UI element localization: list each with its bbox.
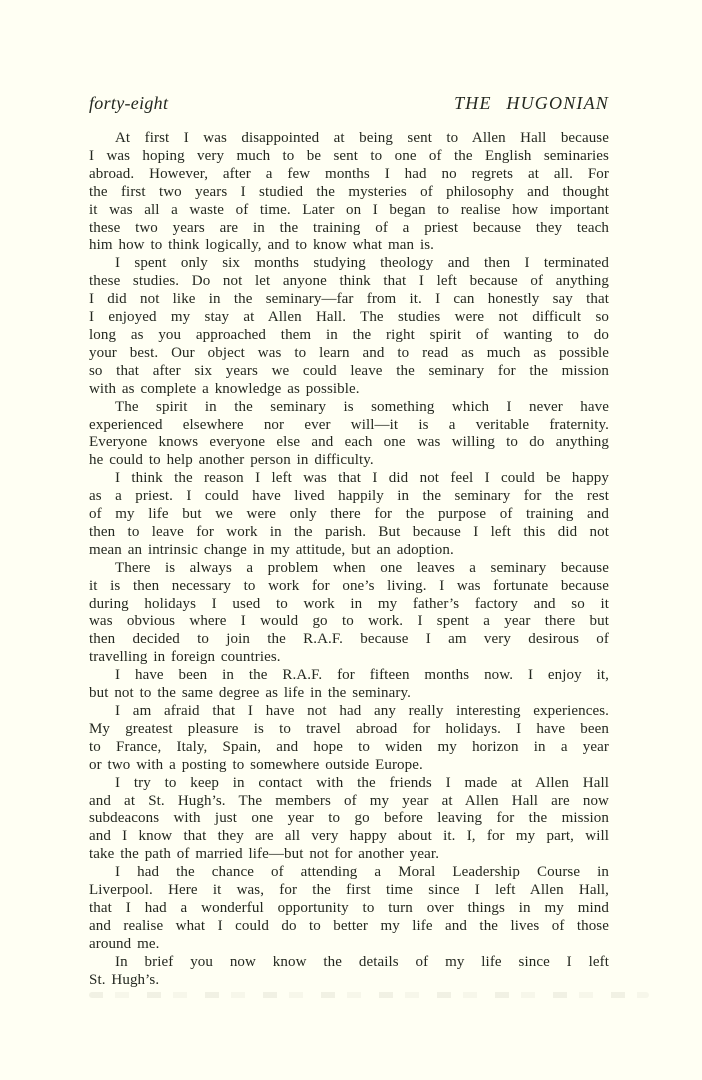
text-line: Everyone knows everyone else and each on… [89,434,609,452]
text-line: it is then necessary to work for one’s l… [89,578,609,596]
paragraph: The spirit in the seminary is something … [89,399,609,471]
text-line: Liverpool. Here it was, for the first ti… [89,882,609,900]
text-line: My greatest pleasure is to travel abroad… [89,721,609,739]
text-line: I did not like in the seminary—far from … [89,291,609,309]
text-line: the first two years I studied the myster… [89,184,609,202]
text-line: then decided to join the R.A.F. because … [89,631,609,649]
paragraph: I am afraid that I have not had any real… [89,703,609,775]
text-line: he could to help another person in diffi… [89,452,609,470]
text-line: around me. [89,936,609,954]
text-line: travelling in foreign countries. [89,649,609,667]
print-ghost-marks [89,992,649,998]
paragraph: At first I was disappointed at being sen… [89,130,609,255]
text-line: St. Hugh’s. [89,972,609,990]
text-line: these two years are in the training of a… [89,220,609,238]
text-line: I had the chance of attending a Moral Le… [89,864,609,882]
text-line: or two with a posting to somewhere outsi… [89,757,609,775]
scanned-book-page: forty-eight THE HUGONIAN At first I was … [0,0,702,1080]
text-line: mean an intrinsic change in my attitude,… [89,542,609,560]
text-block: forty-eight THE HUGONIAN At first I was … [89,0,609,990]
running-head: forty-eight THE HUGONIAN [89,0,609,113]
text-line: I was hoping very much to be sent to one… [89,148,609,166]
text-line: long as you approached them in the right… [89,327,609,345]
text-line: was obvious where I would go to work. I … [89,613,609,631]
text-line: experienced elsewhere nor ever will—it i… [89,417,609,435]
text-line: I have been in the R.A.F. for fifteen mo… [89,667,609,685]
text-line: I try to keep in contact with the friend… [89,775,609,793]
text-line: these studies. Do not let anyone think t… [89,273,609,291]
paragraph: I think the reason I left was that I did… [89,470,609,560]
text-line: I enjoyed my stay at Allen Hall. The stu… [89,309,609,327]
text-line: as a priest. I could have lived happily … [89,488,609,506]
text-line: abroad. However, after a few months I ha… [89,166,609,184]
text-line: during holidays I used to work in my fat… [89,596,609,614]
paragraph: I had the chance of attending a Moral Le… [89,864,609,954]
text-line: subdeacons with just one year to go befo… [89,810,609,828]
text-line: I am afraid that I have not had any real… [89,703,609,721]
text-line: At first I was disappointed at being sen… [89,130,609,148]
text-line: but not to the same degree as life in th… [89,685,609,703]
text-line: of my life but we were only there for th… [89,506,609,524]
text-line: I think the reason I left was that I did… [89,470,609,488]
text-line: and at St. Hugh’s. The members of my yea… [89,793,609,811]
text-line: your best. Our object was to learn and t… [89,345,609,363]
text-line: him how to think logically, and to know … [89,237,609,255]
text-line: to France, Italy, Spain, and hope to wid… [89,739,609,757]
paragraph: I have been in the R.A.F. for fifteen mo… [89,667,609,703]
page-number-folio: forty-eight [89,93,168,113]
text-line: In brief you now know the details of my … [89,954,609,972]
text-line: and realise what I could do to better my… [89,918,609,936]
paragraph: In brief you now know the details of my … [89,954,609,990]
text-line: so that after six years we could leave t… [89,363,609,381]
text-line: with as complete a knowledge as possible… [89,381,609,399]
text-line: The spirit in the seminary is something … [89,399,609,417]
journal-title: THE HUGONIAN [454,93,609,113]
page-body: At first I was disappointed at being sen… [89,130,609,990]
paragraph: I spent only six months studying theolog… [89,255,609,398]
text-line: take the path of married life—but not fo… [89,846,609,864]
paragraph: There is always a problem when one leave… [89,560,609,667]
text-line: it was all a waste of time. Later on I b… [89,202,609,220]
text-line: then to leave for work in the parish. Bu… [89,524,609,542]
text-line: I spent only six months studying theolog… [89,255,609,273]
text-line: and I know that they are all very happy … [89,828,609,846]
paragraph: I try to keep in contact with the friend… [89,775,609,865]
text-line: that I had a wonderful opportunity to tu… [89,900,609,918]
text-line: There is always a problem when one leave… [89,560,609,578]
